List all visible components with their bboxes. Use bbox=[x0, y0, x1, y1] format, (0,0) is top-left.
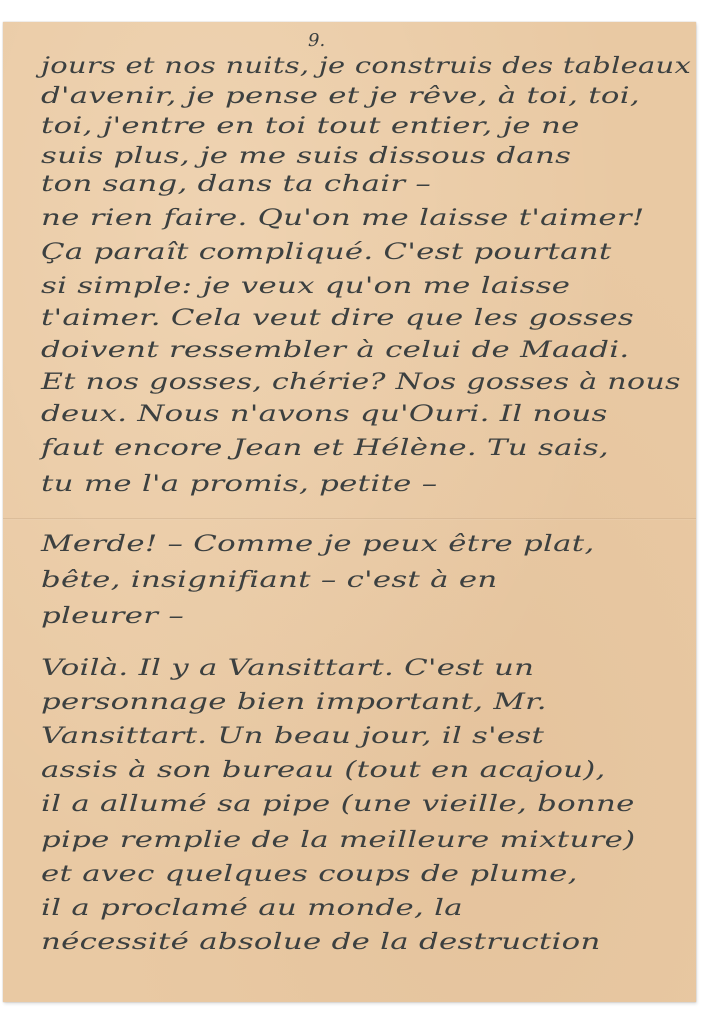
handwritten-line: et avec quelques coups de plume, bbox=[41, 864, 578, 886]
handwritten-line: il a allumé sa pipe (une vieille, bonne bbox=[41, 794, 635, 816]
handwritten-line: Ça paraît compliqué. C'est pourtant bbox=[41, 242, 612, 264]
handwritten-line: si simple: je veux qu'on me laisse bbox=[41, 276, 570, 298]
handwritten-line: ne rien faire. Qu'on me laisse t'aimer! bbox=[41, 208, 645, 230]
handwritten-line: tu me l'a promis, petite – bbox=[41, 474, 437, 496]
handwritten-line: ton sang, dans ta chair – bbox=[41, 174, 431, 196]
handwritten-line: Et nos gosses, chérie? Nos gosses à nous bbox=[41, 372, 681, 394]
page-number: 9. bbox=[308, 30, 325, 51]
handwritten-line: nécessité absolue de la destruction bbox=[41, 932, 601, 954]
handwritten-line: suis plus, je me suis dissous dans bbox=[41, 146, 571, 168]
handwritten-line: Vansittart. Un beau jour, il s'est bbox=[41, 726, 544, 748]
handwritten-line: deux. Nous n'avons qu'Ouri. Il nous bbox=[41, 404, 608, 426]
handwritten-line: pipe remplie de la meilleure mixture) bbox=[41, 830, 635, 852]
handwritten-line: personnage bien important, Mr. bbox=[41, 692, 547, 714]
handwritten-line: bête, insignifiant – c'est à en bbox=[41, 570, 498, 592]
handwritten-line: Voilà. Il y a Vansittart. C'est un bbox=[41, 658, 534, 680]
handwritten-line: doivent ressembler à celui de Maadi. bbox=[41, 340, 629, 362]
handwritten-line: jours et nos nuits, je construis des tab… bbox=[41, 56, 691, 78]
handwritten-line: faut encore Jean et Hélène. Tu sais, bbox=[41, 438, 609, 460]
fold-crease bbox=[3, 518, 696, 520]
letter-page: 9. jours et nos nuits, je construis des … bbox=[3, 22, 696, 1002]
handwritten-line: d'avenir, je pense et je rêve, à toi, to… bbox=[41, 86, 640, 108]
handwritten-line: toi, j'entre en toi tout entier, je ne bbox=[41, 116, 580, 138]
handwritten-line: assis à son bureau (tout en acajou), bbox=[41, 760, 606, 782]
handwritten-line: il a proclamé au monde, la bbox=[41, 898, 463, 920]
handwritten-line: Merde! – Comme je peux être plat, bbox=[41, 534, 595, 556]
handwritten-line: t'aimer. Cela veut dire que les gosses bbox=[41, 308, 634, 330]
handwritten-line: pleurer – bbox=[41, 606, 184, 628]
